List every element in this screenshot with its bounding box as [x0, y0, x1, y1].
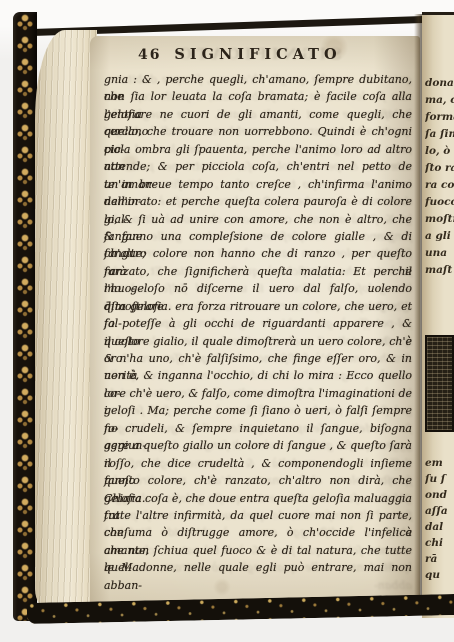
text-line: gnia : & , perche quegli, ch'amano, ſemp…	[104, 71, 412, 88]
facing-text-fragment: ſto ra	[425, 160, 454, 177]
facing-top-fragments: dona ſma, coformaſa ſimlo, ò pſto rara c…	[425, 75, 454, 279]
text-line: non ſia lor leuata la coſa bramata; è fa…	[104, 88, 412, 105]
text-line: il colore gialio, il quale dimoſtrerà un…	[104, 333, 412, 350]
facing-text-fragment: ra col	[425, 177, 454, 194]
text-line: ch'altro colore non hanno che di ranzo ,…	[104, 245, 412, 262]
text-area: 46 SIGNIFICATO gnia : & , perche quegli,…	[104, 46, 412, 577]
page-edge-stack	[35, 30, 97, 611]
text-line: no crudeli, & ſempre inquietano il ſangu…	[104, 420, 412, 437]
facing-text-fragment: ſu ſ	[425, 471, 454, 487]
facing-text-fragment: moſtr	[425, 211, 454, 228]
folio-number: 46	[138, 47, 161, 63]
text-line: non è, & inganna l'occhio, di chi lo mir…	[104, 367, 412, 384]
facing-text-fragment: una	[425, 245, 454, 262]
text-line: quello, che trouare non uorrebbono. Quin…	[104, 123, 412, 140]
facing-text-fragment: chi	[425, 535, 454, 551]
book-photograph: SIGNIFICATOgnia : & , perche quegli, ch'…	[0, 0, 454, 642]
text-line: mo geloſo nō diſcerne il uero dal falſo,…	[104, 280, 412, 297]
text-line: tutte l'altre infirmità, da quel cuore m…	[104, 507, 412, 524]
facing-text-fragment: maſt	[425, 262, 454, 279]
facing-text-fragment: dal	[425, 519, 454, 535]
binding-spine-edge	[13, 12, 37, 621]
text-line: & fanno una compleſsione de colore giall…	[104, 228, 412, 245]
text-line: ciola ombra gli ſpauenta, perche l'animo…	[104, 141, 412, 158]
text-line: le Madonne, nelle quale egli può entrare…	[104, 559, 412, 576]
text-line: geloſi . Ma; perche come ſi ſiano ò ueri…	[104, 402, 412, 419]
text-line: conſuma ò diſtrugge amore, ò ch'occide l…	[104, 524, 412, 541]
facing-text-fragment: aſſa	[425, 503, 454, 519]
woodcut-illustration-fragment	[425, 335, 454, 432]
text-line: attende; & per picciola coſa, ch'entri n…	[104, 158, 412, 175]
facing-text-fragment: lo, ò p	[425, 143, 454, 160]
page-header: 46 SIGNIFICATO	[104, 46, 412, 71]
facing-text-fragment: forma	[425, 109, 454, 126]
facing-text-fragment: em	[425, 455, 454, 471]
facing-page-sliver: dona ſma, coformaſa ſimlo, ò pſto rara c…	[422, 12, 454, 618]
facing-text-fragment: a gli	[425, 228, 454, 245]
facing-bottom-fragments: emſu ſondaſſadalchirāqu	[425, 455, 454, 583]
text-line: l'entrare ne cuori de gli amanti, come q…	[104, 106, 412, 123]
text-line: namorato: et perche queſta colera pauroſ…	[104, 193, 412, 210]
facing-text-fragment: rā	[425, 551, 454, 567]
text-line: te in breue tempo tanto creſce , ch'infi…	[104, 176, 412, 193]
text-line: q̄ſta geloſia. era forza ritrouare un co…	[104, 298, 412, 315]
facing-text-fragment: dona ſ	[425, 75, 454, 92]
text-line: Chiara coſa è, che doue entra queſta gel…	[104, 490, 412, 507]
text-line: lo, & ſi uà ad unire con amore, che non …	[104, 211, 412, 228]
running-title: SIGNIFICATO	[174, 46, 341, 63]
facing-text-fragment: fuoco	[425, 194, 454, 211]
facing-text-fragment: ma, co	[425, 92, 454, 109]
text-line: ſo poteſſe à gli occhi de riguardanti ap…	[104, 315, 412, 332]
text-line: ranzato, che ſignificherà queſta malatia…	[104, 263, 412, 280]
facing-text-fragment: ſa ſim	[425, 126, 454, 143]
text-lines: gnia : & , perche quegli, ch'amano, ſemp…	[104, 71, 412, 577]
text-line: che non ſchiua quel fuoco & è di tal nat…	[104, 542, 412, 559]
text-line: gere a queſto giallo un colore di ſangue…	[104, 437, 412, 454]
text-line: lore ch'è uero, & falſo, come dimoſtra l…	[104, 385, 412, 402]
text-line: queſto colore, ch'è ranzato, ch'altro no…	[104, 472, 412, 489]
text-line: & n'ha uno, ch'è falſiſsimo, che finge e…	[104, 350, 412, 367]
facing-text-fragment: qu	[425, 567, 454, 583]
facing-text-fragment: ond	[425, 487, 454, 503]
text-line: roſſo, che dice crudeltà , & componendog…	[104, 455, 412, 472]
